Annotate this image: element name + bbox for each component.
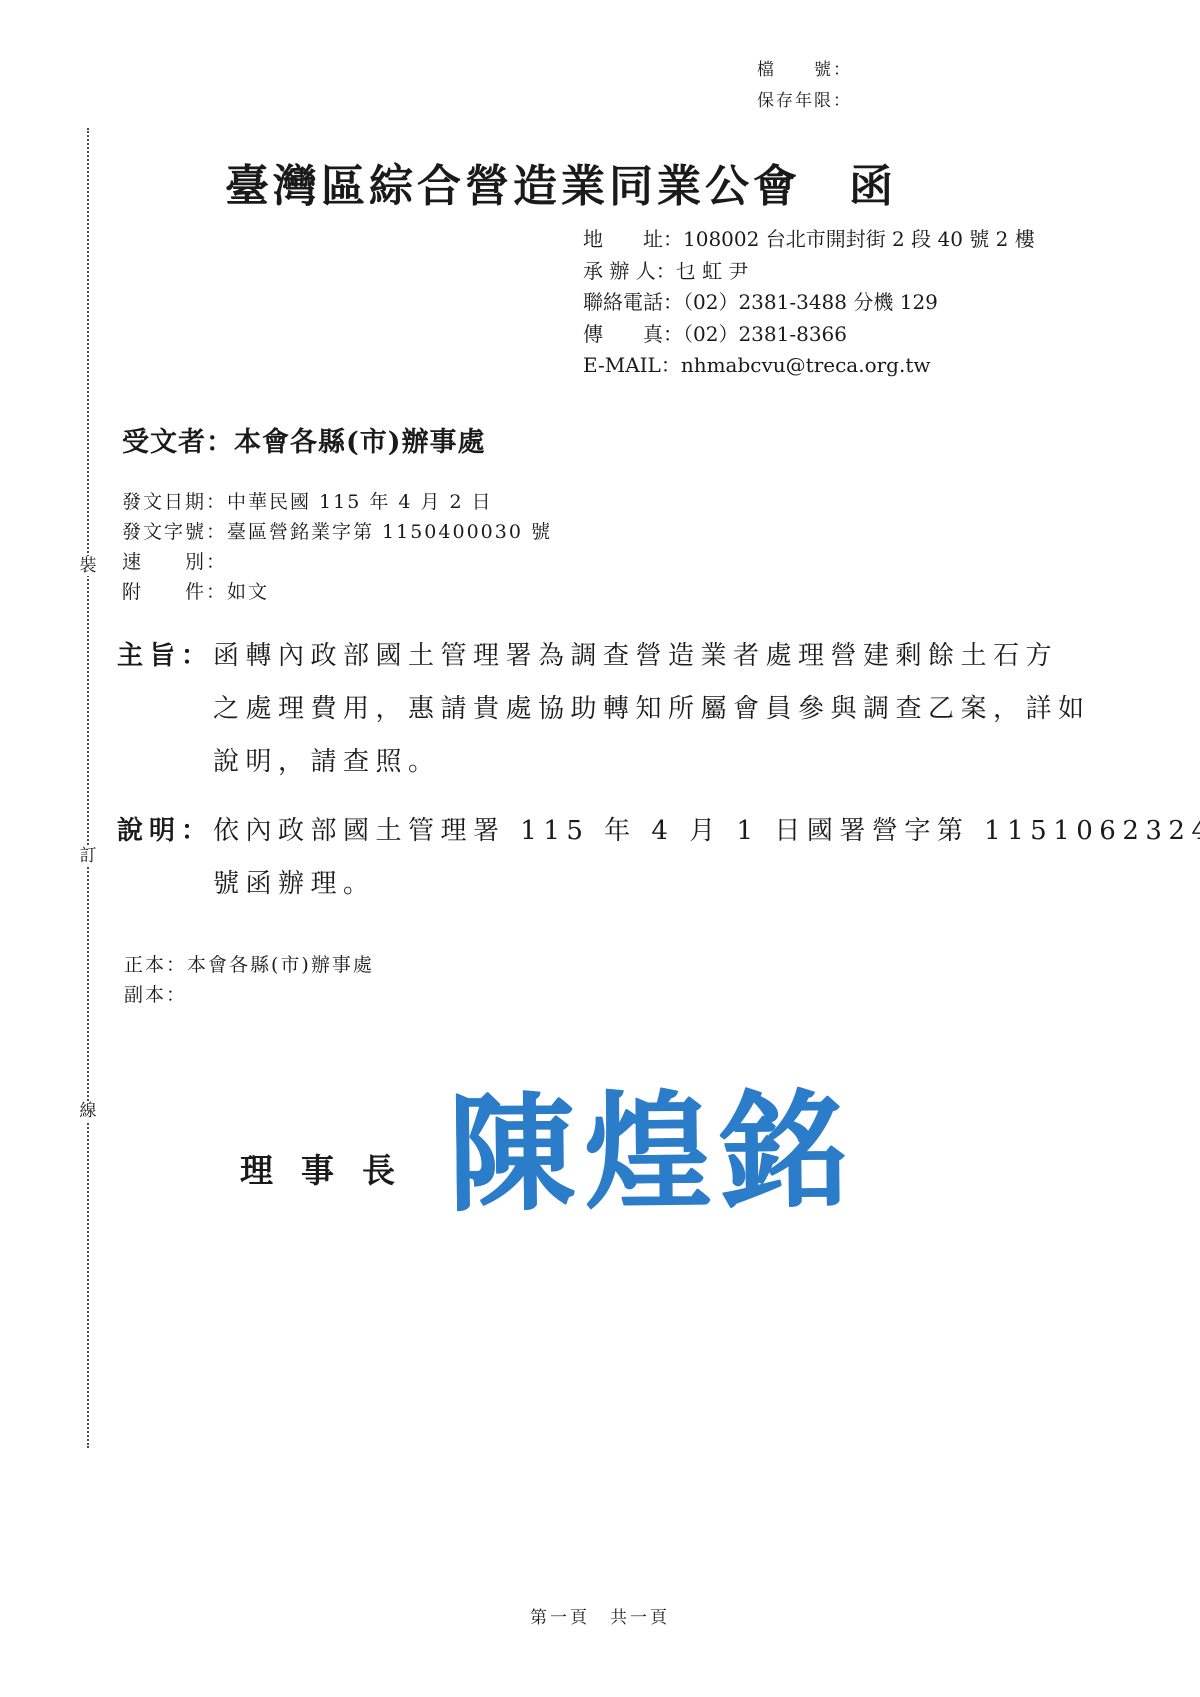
explanation-line: 號函辦理。 [213, 858, 1200, 911]
binding-mark-xian: 線 [77, 1101, 99, 1121]
subject-line: 之處理費用，惠請貴處協助轉知所屬會員參與調查乙案，詳如 [213, 683, 1091, 736]
explanation-line: 依內政部國土管理署 115 年 4 月 1 日國署營字第 1151062324 [213, 805, 1200, 858]
original-copy-line: 正本：本會各縣(市)辦事處 [124, 950, 374, 980]
page-number-footer: 第一頁 共一頁 [0, 1603, 1200, 1628]
contact-person: 承 辦 人：乜 虹 尹 [583, 256, 1035, 288]
explanation-label: 說明： [117, 805, 213, 858]
contact-address: 地 址：108002 台北市開封街 2 段 40 號 2 樓 [583, 224, 1035, 256]
dispatch-number: 發文字號：臺區營銘業字第 1150400030 號 [122, 517, 552, 547]
contact-phone: 聯絡電話：（02）2381-3488 分機 129 [583, 287, 1035, 319]
dispatch-meta-block: 發文日期：中華民國 115 年 4 月 2 日 發文字號：臺區營銘業字第 115… [122, 487, 552, 607]
dispatch-date: 發文日期：中華民國 115 年 4 月 2 日 [122, 487, 552, 517]
explanation-paragraph: 說明： 依內政部國土管理署 115 年 4 月 1 日國署營字第 1151062… [117, 805, 1200, 911]
dispatch-priority: 速 別： [122, 547, 552, 577]
subject-paragraph: 主旨： 函轉內政部國土管理署為調查營造業者處理營建剩餘土石方 之處理費用，惠請貴… [117, 630, 1091, 789]
chairman-title: 理事長 [240, 1145, 423, 1192]
document-page: 檔 號： 保存年限： 臺灣區綜合營造業同業公會 函 地 址：108002 台北市… [0, 0, 1200, 1697]
subject-line: 說明，請查照。 [213, 736, 1091, 789]
subject-content: 函轉內政部國土管理署為調查營造業者處理營建剩餘土石方 之處理費用，惠請貴處協助轉… [213, 630, 1091, 789]
contact-email: E-MAIL：nhmabcvu@treca.org.tw [583, 350, 1035, 382]
explanation-content: 依內政部國土管理署 115 年 4 月 1 日國署營字第 1151062324 … [213, 805, 1200, 911]
binding-mark-zhuang: 裝 [77, 556, 99, 576]
binding-dotted-line [87, 128, 89, 1448]
subject-label: 主旨： [117, 630, 213, 683]
dispatch-attachment: 附 件：如文 [122, 577, 552, 607]
file-number-label: 檔 號： [757, 55, 852, 86]
signature-name: 陳煌銘 [447, 1050, 857, 1235]
copies-block: 正本：本會各縣(市)辦事處 副本： [124, 950, 374, 1010]
binding-mark-ding: 訂 [77, 846, 99, 866]
recipient-line: 受文者：本會各縣(市)辦事處 [122, 420, 486, 459]
contact-fax: 傳 真：（02）2381-8366 [583, 319, 1035, 351]
retention-period-label: 保存年限： [757, 86, 852, 117]
file-number-block: 檔 號： 保存年限： [757, 55, 852, 117]
contact-block: 地 址：108002 台北市開封街 2 段 40 號 2 樓 承 辦 人：乜 虹… [583, 224, 1035, 382]
subject-line: 函轉內政部國土管理署為調查營造業者處理營建剩餘土石方 [213, 630, 1091, 683]
document-title: 臺灣區綜合營造業同業公會 函 [225, 150, 897, 214]
cc-copy-line: 副本： [124, 980, 374, 1010]
